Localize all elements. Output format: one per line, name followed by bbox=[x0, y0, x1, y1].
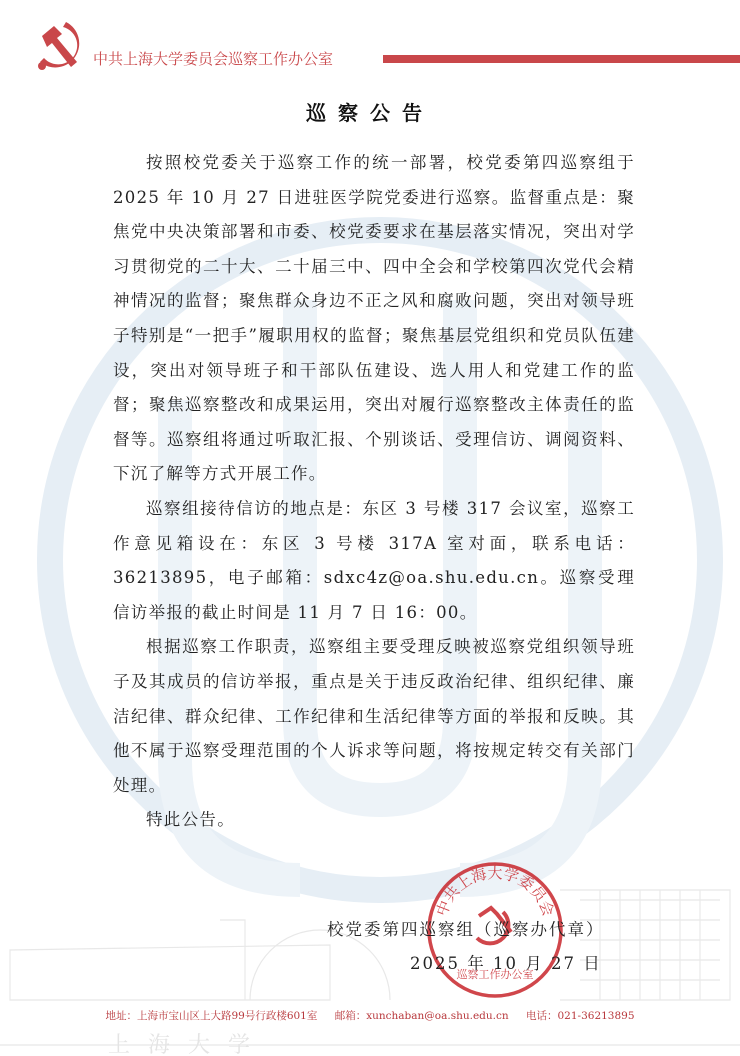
document-body: 按照校党委关于巡察工作的统一部署，校党委第四巡察组于 2025 年 10 月 2… bbox=[113, 146, 635, 838]
org-name: 中共上海大学委员会巡察工作办公室 bbox=[93, 48, 333, 69]
footer-phone: 电话：021-36213895 bbox=[526, 1010, 635, 1022]
paragraph-inspection-focus: 按照校党委关于巡察工作的统一部署，校党委第四巡察组于 2025 年 10 月 2… bbox=[113, 146, 635, 492]
signature-date: 2025 年 10 月 27 日 bbox=[410, 950, 602, 974]
footer-address: 地址：上海市宝山区上大路99号行政楼601室 bbox=[105, 1010, 317, 1022]
document-title: 巡察公告 bbox=[0, 97, 740, 126]
footer-contact: 地址：上海市宝山区上大路99号行政楼601室 邮箱：xunchaban@oa.s… bbox=[0, 1008, 740, 1023]
paragraph-closing: 特此公告。 bbox=[113, 803, 635, 838]
letterhead: 中共上海大学委员会巡察工作办公室 bbox=[0, 0, 740, 90]
signature-issuer: 校党委第四巡察组（巡察办代章） bbox=[327, 916, 605, 940]
party-emblem-icon bbox=[32, 18, 92, 78]
footer-school-watermark: 上海大学 bbox=[108, 1028, 268, 1056]
footer-email: 邮箱：xunchaban@oa.shu.edu.cn bbox=[335, 1010, 509, 1022]
paragraph-contact-info: 巡察组接待信访的地点是：东区 3 号楼 317 会议室，巡察工作意见箱设在：东区… bbox=[113, 492, 635, 630]
paragraph-scope: 根据巡察工作职责，巡察组主要受理反映被巡察党组织领导班子及其成员的信访举报，重点… bbox=[113, 630, 635, 803]
header-divider-bar bbox=[383, 55, 740, 63]
